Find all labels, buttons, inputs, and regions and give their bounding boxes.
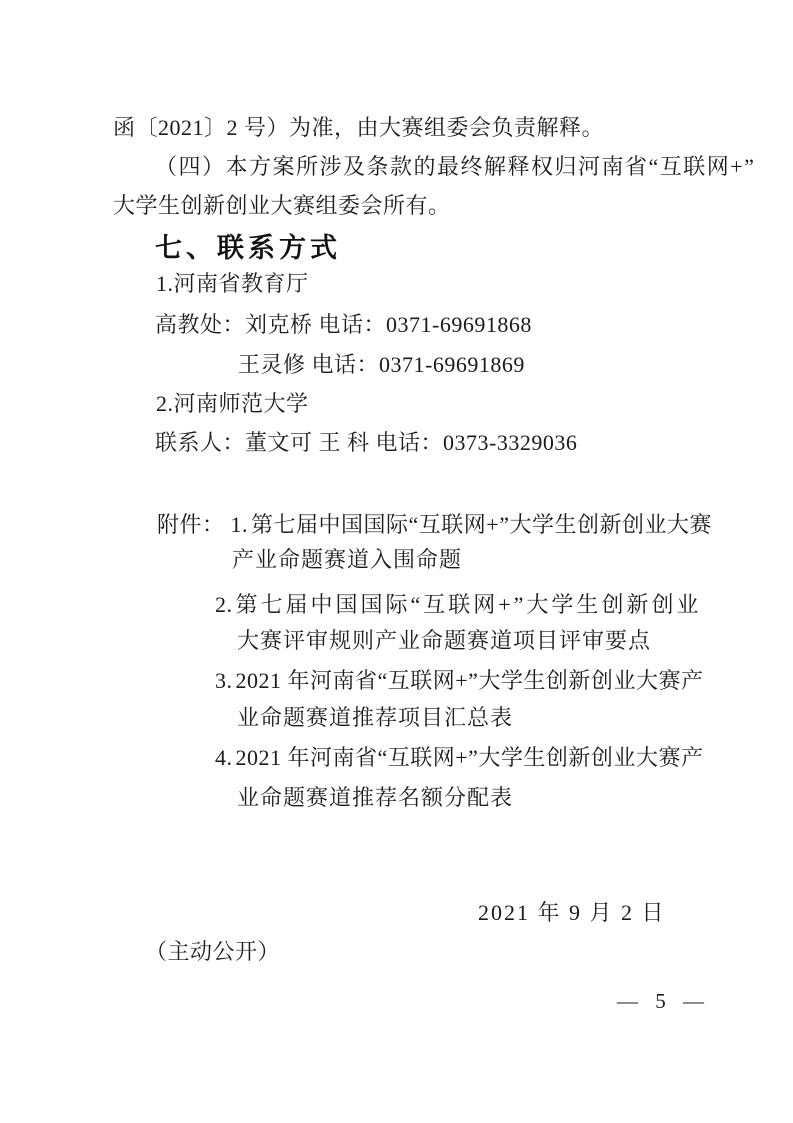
attachment-item-3-row: 3.2021 年河南省“互联网+”大学生创新创业大赛产 — [215, 666, 703, 696]
attachment-item-1-title-line-2: 产业命题赛道入围命题 — [232, 545, 462, 575]
contact-org-1-person-2: 王灵修 电话：0371-69691869 — [238, 350, 525, 380]
attachment-item-4-title-line-2: 业命题赛道推荐名额分配表 — [237, 783, 513, 813]
attachment-item-3-number: 3. — [215, 666, 233, 696]
attachment-item-2-title-line-1: 第七届中国国际“互联网+”大学生创新创业 — [236, 592, 702, 617]
attachment-item-3-title-line-1: 2021 年河南省“互联网+”大学生创新创业大赛产 — [236, 668, 704, 693]
page-number: — 5 — — [617, 986, 710, 1016]
issue-date: 2021 年 9 月 2 日 — [478, 898, 666, 928]
attachment-item-4-title-line-1: 2021 年河南省“互联网+”大学生创新创业大赛产 — [236, 745, 704, 770]
disclosure-note: （主动公开） — [145, 937, 280, 967]
contact-org-2-name: 2.河南师范大学 — [156, 389, 309, 419]
attachment-item-4-number: 4. — [215, 743, 233, 773]
clause-4-line-1: （四）本方案所涉及条款的最终解释权归河南省“互联网+” — [155, 152, 755, 182]
attachment-item-1-row: 附件：1.第七届中国国际“互联网+”大学生创新创业大赛 — [157, 510, 712, 540]
attachment-item-1-number: 1. — [231, 510, 249, 540]
attachment-item-2-title-line-2: 大赛评审规则产业命题赛道项目评审要点 — [237, 626, 651, 656]
contact-org-1-person-1: 高教处：刘克桥 电话：0371-69691868 — [155, 310, 532, 340]
contact-org-1-name: 1.河南省教育厅 — [156, 269, 309, 299]
attachment-item-1-title-line-1: 第七届中国国际“互联网+”大学生创新创业大赛 — [251, 512, 712, 537]
attachment-item-2-row: 2.第七届中国国际“互联网+”大学生创新创业 — [215, 590, 701, 620]
attachment-item-2-number: 2. — [215, 590, 233, 620]
document-page: 函〔2021〕2 号）为准，由大赛组委会负责解释。 （四）本方案所涉及条款的最终… — [0, 0, 793, 1123]
attachment-item-3-title-line-2: 业命题赛道推荐项目汇总表 — [237, 703, 513, 733]
closing-clause-line: 函〔2021〕2 号）为准，由大赛组委会负责解释。 — [113, 113, 604, 143]
attachment-item-4-row: 4.2021 年河南省“互联网+”大学生创新创业大赛产 — [215, 743, 703, 773]
contact-org-2-person-1: 联系人：董文可 王 科 电话：0373-3329036 — [155, 428, 577, 458]
section-heading-contact: 七、联系方式 — [155, 231, 341, 265]
clause-4-line-2: 大学生创新创业大赛组委会所有。 — [113, 191, 451, 221]
attachments-label: 附件： — [157, 510, 225, 540]
